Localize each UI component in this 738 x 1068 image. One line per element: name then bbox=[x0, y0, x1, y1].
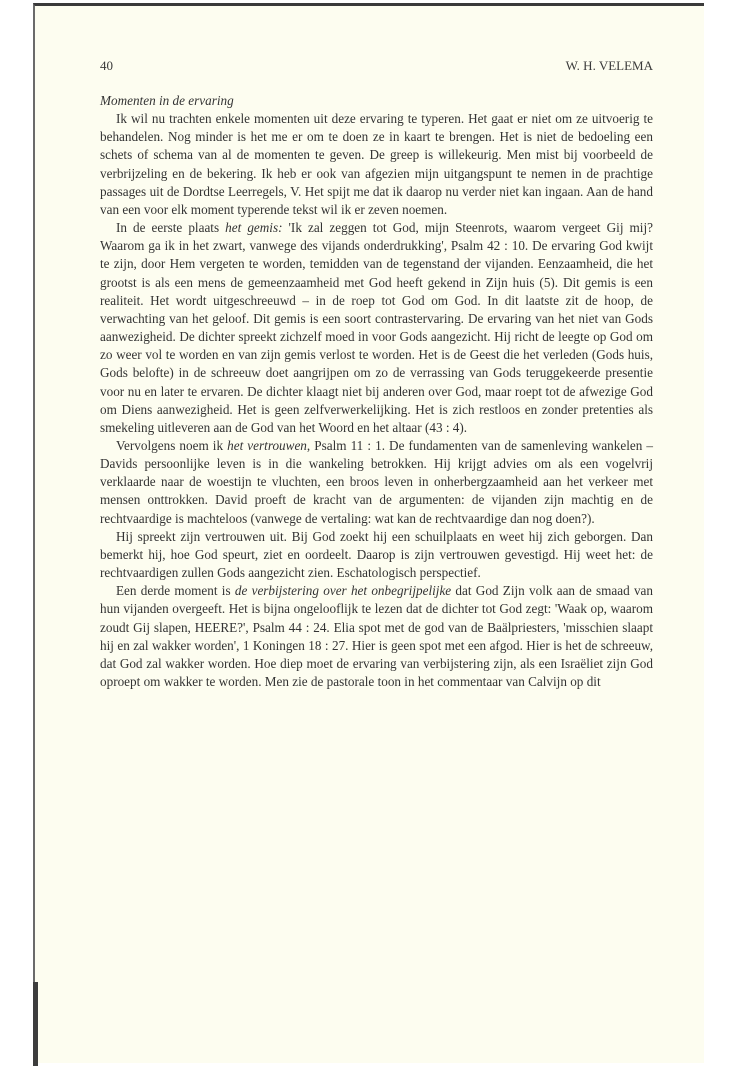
emphasis: de verbijstering over het onbegrijpelijk… bbox=[235, 583, 451, 598]
page-number: 40 bbox=[100, 58, 113, 74]
page-edge-shadow bbox=[33, 982, 38, 1066]
running-head-author: W. H. VELEMA bbox=[566, 58, 653, 74]
body-text: Momenten in de ervaring Ik wil nu tracht… bbox=[100, 92, 653, 691]
section-title: Momenten in de ervaring bbox=[100, 92, 653, 110]
paragraph-5: Een derde moment is de verbijstering ove… bbox=[100, 582, 653, 691]
paragraph-1: Ik wil nu trachten enkele momenten uit d… bbox=[100, 110, 653, 219]
paragraph-text: 'Ik zal zeggen tot God, mijn Steenrots, … bbox=[100, 220, 653, 435]
paragraph-4: Hij spreekt zijn vertrouwen uit. Bij God… bbox=[100, 528, 653, 582]
paragraph-2: In de eerste plaats het gemis: 'Ik zal z… bbox=[100, 219, 653, 437]
paragraph-text: Vervolgens noem ik bbox=[116, 438, 227, 453]
emphasis: het gemis: bbox=[225, 220, 282, 235]
running-header: 40 W. H. VELEMA bbox=[100, 58, 653, 74]
paragraph-text: dat God Zijn volk aan de smaad van hun v… bbox=[100, 583, 653, 689]
emphasis: het vertrouwen bbox=[227, 438, 307, 453]
paragraph-text: Een derde moment is bbox=[116, 583, 235, 598]
paragraph-3: Vervolgens noem ik het vertrouwen, Psalm… bbox=[100, 437, 653, 528]
paragraph-text: In de eerste plaats bbox=[116, 220, 225, 235]
